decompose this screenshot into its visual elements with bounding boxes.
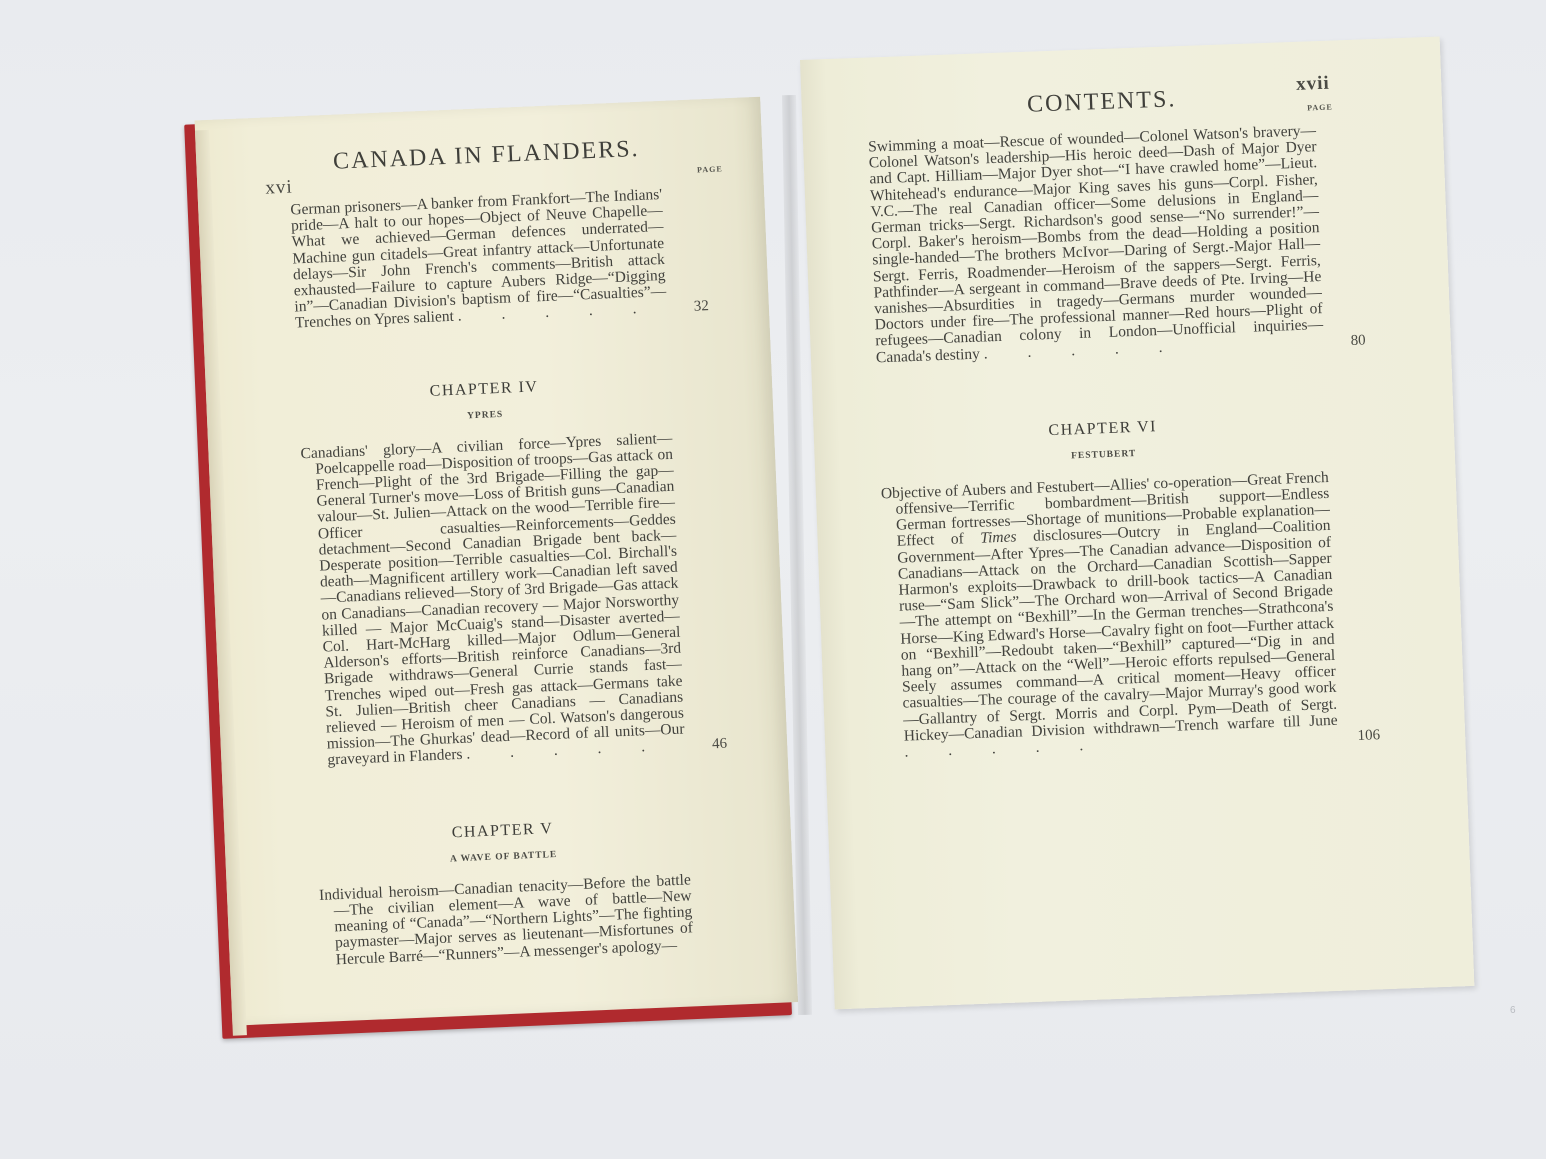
background-mark: 6 bbox=[1510, 1005, 1516, 1016]
chapter-iv-title: CHAPTER IV bbox=[298, 372, 670, 406]
toc-entry-chapter-iii-continued: German prisoners—A banker from Frankfort… bbox=[290, 187, 667, 332]
chapter-v-title: CHAPTER V bbox=[316, 814, 688, 848]
left-page-content: German prisoners—A banker from Frankfort… bbox=[290, 187, 694, 969]
toc-page-number: 46 bbox=[726, 736, 728, 752]
toc-page-number: 106 bbox=[1371, 727, 1380, 744]
left-folio: xvi bbox=[265, 176, 293, 199]
toc-entry-chapter-v-continued: Swimming a moat—Rescue of wounded—Colone… bbox=[868, 123, 1324, 366]
chapter-vi-subtitle: FESTUBERT bbox=[880, 442, 1328, 468]
chapter-vi-title: CHAPTER VI bbox=[879, 412, 1327, 446]
chapter-v-subtitle: A WAVE OF BATTLE bbox=[318, 844, 690, 870]
right-running-head: CONTENTS. bbox=[951, 83, 1252, 121]
left-running-head: CANADA IN FLANDERS. bbox=[306, 135, 667, 177]
toc-entry-text: Swimming a moat—Rescue of wounded—Colone… bbox=[868, 122, 1323, 366]
toc-entry-chapter-iv: Canadians' glory—A civilian force—Ypres … bbox=[300, 430, 685, 769]
left-page: xvi CANADA IN FLANDERS. PAGE German pris… bbox=[195, 97, 798, 1026]
toc-entry-chapter-vi: Objective of Aubers and Festubert—Allies… bbox=[881, 470, 1339, 762]
toc-entry-chapter-v: Individual heroism—Canadian tenacity—Bef… bbox=[319, 872, 694, 969]
chapter-iv-subtitle: YPRES bbox=[299, 402, 671, 428]
toc-entry-text-part-2: disclosures—Outcry in England—Coalition … bbox=[897, 517, 1338, 744]
toc-entry-text: Individual heroism—Canadian tenacity—Bef… bbox=[319, 871, 693, 968]
right-page-label: PAGE bbox=[1307, 103, 1333, 113]
toc-page-number: 32 bbox=[693, 299, 709, 316]
book-photo-scene: xvi CANADA IN FLANDERS. PAGE German pris… bbox=[0, 0, 1546, 1159]
right-page-content: Swimming a moat—Rescue of wounded—Colone… bbox=[868, 123, 1339, 761]
right-page: CONTENTS. xvii PAGE Swimming a moat—Resc… bbox=[800, 37, 1474, 1010]
right-folio: xvii bbox=[1296, 73, 1330, 96]
toc-entry-text: Canadians' glory—A civilian force—Ypres … bbox=[300, 429, 685, 769]
toc-page-number: 80 bbox=[1350, 332, 1366, 349]
left-page-label: PAGE bbox=[697, 164, 723, 174]
